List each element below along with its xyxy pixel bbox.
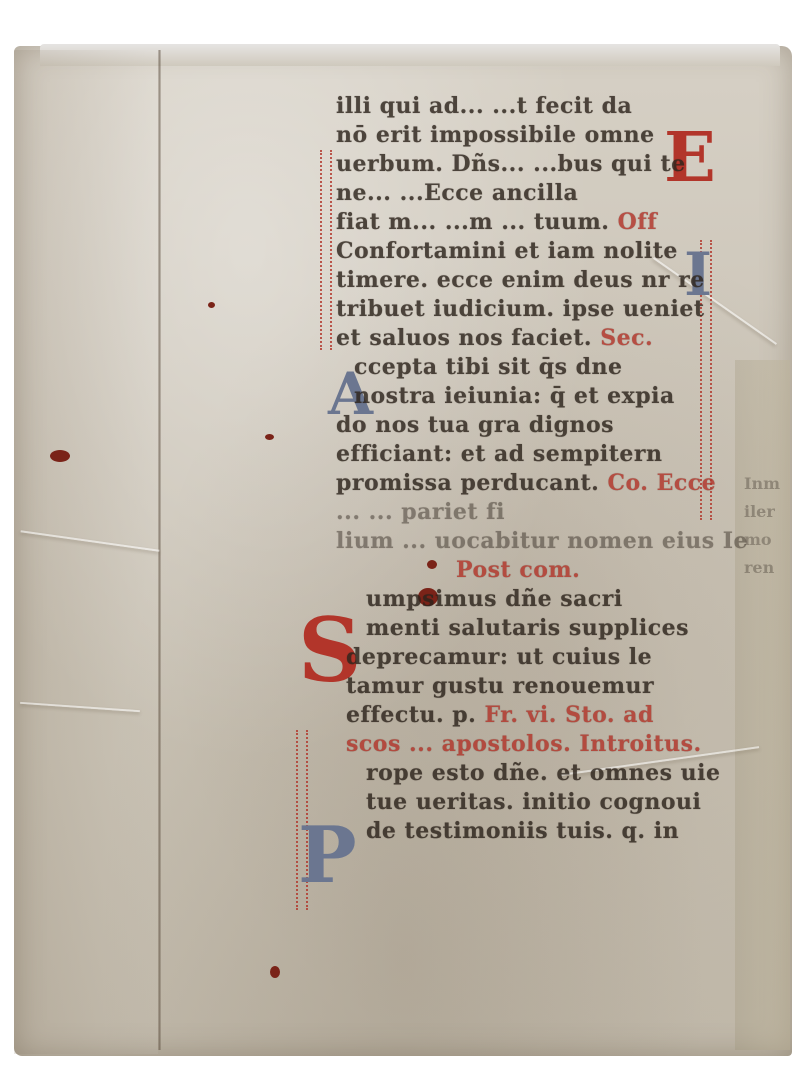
text-line: menti salutaris supplices <box>336 614 676 643</box>
stain <box>265 434 274 440</box>
text-line: ... ... pariet fi <box>336 498 676 527</box>
stain <box>50 450 70 462</box>
text-line: ccepta tibi sit q̄s dne <box>336 353 676 382</box>
text-line: promissa perducant. Co. Ecce <box>336 469 676 498</box>
text-line: de testimoniis tuis. q. in <box>336 817 676 846</box>
text-line: timere. ecce enim deus nr re <box>336 266 676 295</box>
text-line: lium ... uocabitur nomen eius Ie <box>336 527 676 556</box>
text-line: uerbum. Dñs... ...bus qui te <box>336 150 676 179</box>
text-line: nō erit impossibile omne <box>336 121 676 150</box>
text-line: tue ueritas. initio cognoui <box>336 788 676 817</box>
text-line: Post com. <box>336 556 676 585</box>
text-line: rope esto dñe. et omnes uie <box>336 759 676 788</box>
text-line: et saluos nos faciet. Sec. <box>336 324 676 353</box>
rubric: Co. Ecce <box>607 470 716 496</box>
cover-right-flap <box>735 360 790 1050</box>
text-line: efficiant: et ad sempitern <box>336 440 676 469</box>
text-line: do nos tua gra dignos <box>336 411 676 440</box>
stain <box>270 966 280 978</box>
text-line: ne... ...Ecce ancilla <box>336 179 676 208</box>
rubric: Off <box>618 209 658 235</box>
faded-bleedthrough-text: Inmilermoren <box>744 470 794 582</box>
text-line: scos ... apostolos. Introitus. <box>336 730 676 759</box>
manuscript-text-block: illi qui ad... ...t fecit da nō erit imp… <box>336 92 676 846</box>
text-line: Confortamini et iam nolite <box>336 237 676 266</box>
cover-spine-panel <box>14 50 158 1054</box>
text-line: umpsimus dñe sacri <box>336 585 676 614</box>
stain <box>208 302 215 308</box>
text-line: illi qui ad... ...t fecit da <box>336 92 676 121</box>
rubric: Sec. <box>600 325 653 351</box>
decorative-flourish <box>320 150 332 350</box>
rubric: Fr. vi. Sto. ad <box>485 702 654 728</box>
text-line: tribuet iudicium. ipse ueniet <box>336 295 676 324</box>
rubric: Post com. <box>456 557 580 583</box>
text-line: deprecamur: ut cuius le <box>336 643 676 672</box>
rubric: scos ... apostolos. Introitus. <box>346 731 702 757</box>
text-line: nostra ieiunia: q̄ et expia <box>336 382 676 411</box>
text-line: fiat m... ...m ... tuum. Off <box>336 208 676 237</box>
text-line: effectu. p. Fr. vi. Sto. ad <box>336 701 676 730</box>
text-line: tamur gustu renouemur <box>336 672 676 701</box>
